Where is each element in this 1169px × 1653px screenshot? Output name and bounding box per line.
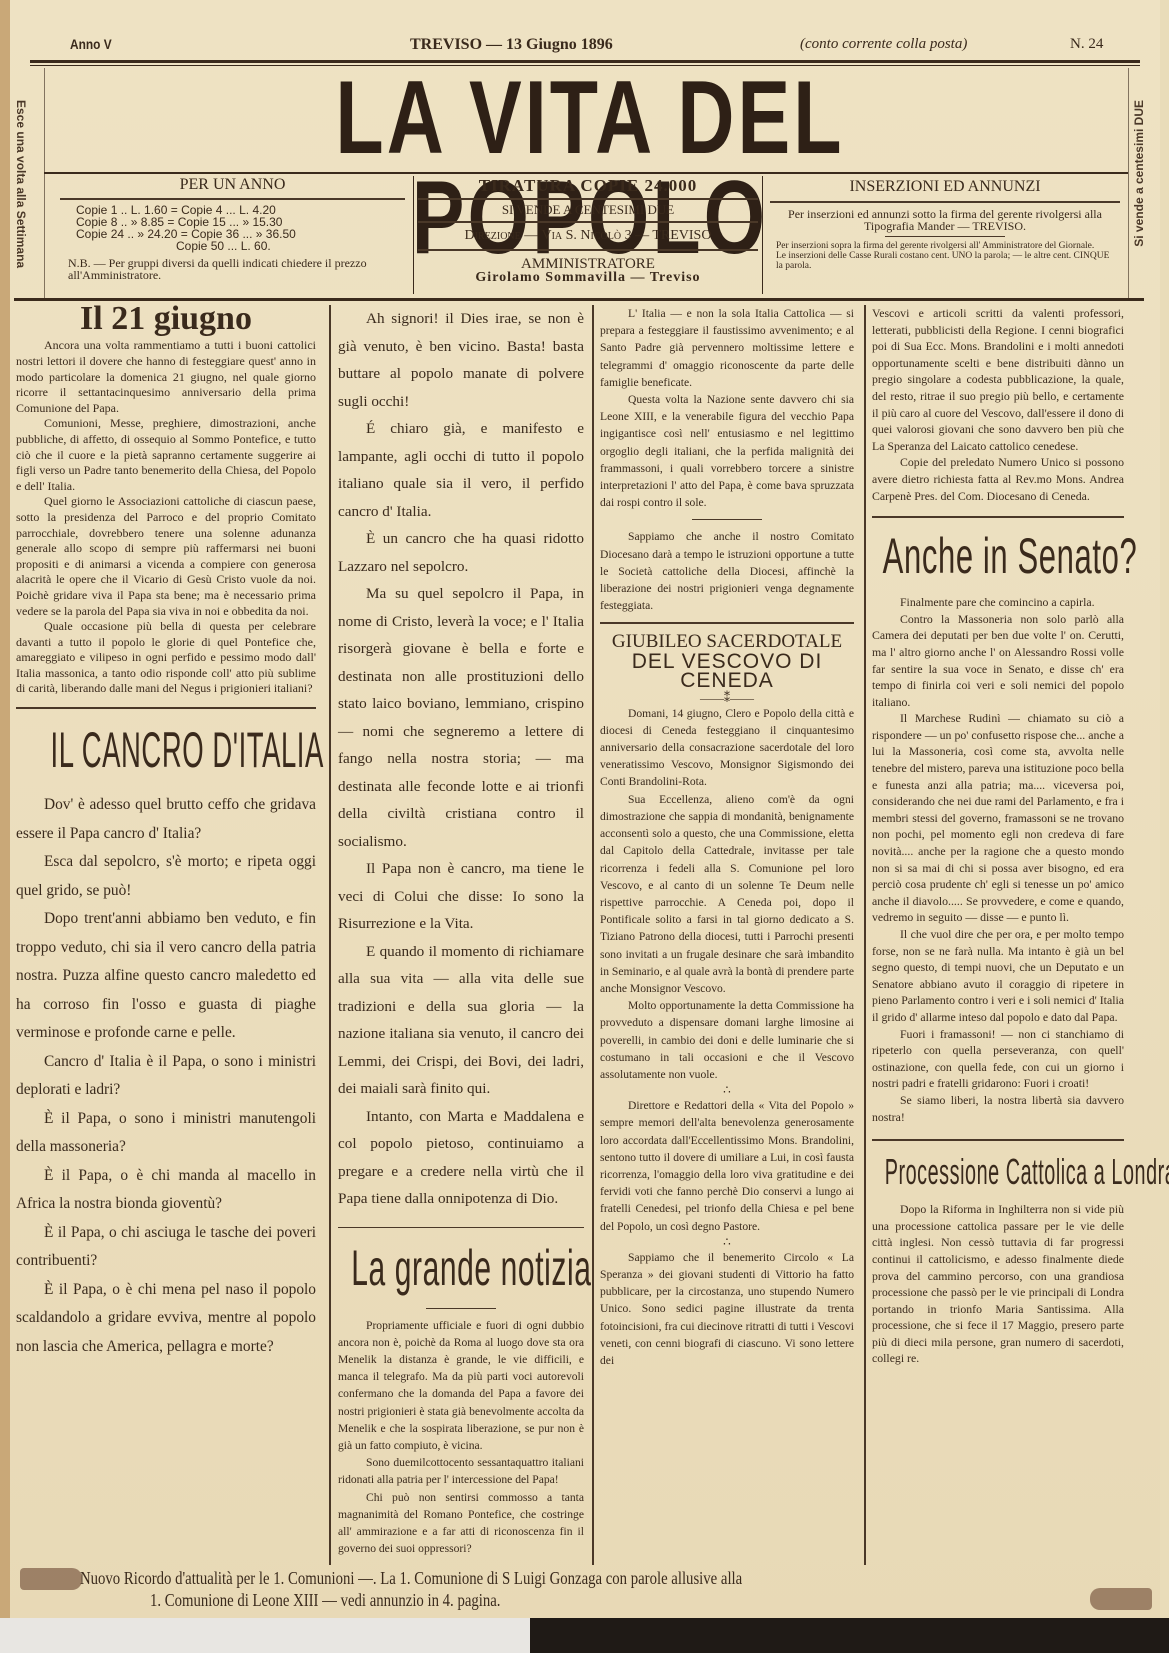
article-divider	[872, 516, 1124, 518]
subscription-box: PER UN ANNO Copie 1 .. L. 1.60 = Copie 4…	[60, 178, 405, 281]
headline-grande-notizia: La grande notizia	[351, 1238, 571, 1298]
paragraph: Vescovi e articoli scritti da valenti pr…	[872, 305, 1124, 454]
circulation-box: TIRATURA COPIE 24.000 SI VENDE A CENTESI…	[418, 176, 758, 285]
paragraph: E quando il momento di richiamare alla s…	[338, 938, 584, 1103]
box-divider	[762, 176, 763, 294]
paragraph: É chiaro già, e manifesto e lampante, ag…	[338, 415, 584, 525]
advertising-terms-3: Le inserzioni delle Casse Rurali costano…	[770, 251, 1120, 271]
paragraph: Molto opportunamente la detta Commission…	[600, 997, 854, 1083]
paragraph: Sono duemilcottocento sessantaquattro it…	[338, 1454, 584, 1488]
divider	[770, 201, 1120, 203]
paragraph: È il Papa, o sono i ministri manutengoli…	[16, 1105, 316, 1162]
column-3: L' Italia — e non la sola Italia Cattoli…	[600, 305, 854, 1369]
column-2: Ah signori! il Dies irae, se non è già v…	[338, 305, 584, 1557]
box-divider	[413, 176, 414, 294]
paragraph: Contro la Massoneria non solo parlò alla…	[872, 611, 1124, 711]
advertising-title: INSERZIONI ED ANNUNZI	[770, 180, 1120, 194]
advertising-terms-2: Per inserzioni sopra la firma del gerent…	[770, 241, 1120, 251]
column-rule	[864, 305, 866, 1565]
pointing-hand-icon	[1090, 1588, 1152, 1610]
issue-number: N. 24	[1070, 36, 1103, 53]
column-rule	[592, 305, 594, 1565]
paragraph: Propriamente ufficiale e fuori di ogni d…	[338, 1317, 584, 1455]
paragraph: Direttore e Redattori della « Vita del P…	[600, 1097, 854, 1235]
headline-giubileo: GIUBILEO SACERDOTALE	[600, 632, 854, 651]
footer-line-1: Nuovo Ricordo d'attualità per le 1. Comu…	[80, 1568, 742, 1588]
subscription-note: N.B. — Per gruppi diversi da quelli indi…	[60, 257, 405, 281]
paragraph: Fuori i framassoni! — non ci stanchiamo …	[872, 1026, 1124, 1092]
paragraph: Questa volta la Nazione sente davvero ch…	[600, 391, 854, 511]
headline-vescovo-ceneda: DEL VESCOVO DI CENEDA	[600, 652, 854, 691]
frame-right	[1128, 68, 1129, 300]
paragraph: Finalmente pare che comincino a capirla.	[872, 594, 1124, 611]
paragraph: L' Italia — e non la sola Italia Cattoli…	[600, 305, 854, 391]
divider	[418, 249, 758, 251]
paragraph: Sua Eccellenza, alieno com'è da ogni dim…	[600, 791, 854, 997]
advertising-box: INSERZIONI ED ANNUNZI Per inserzioni ed …	[770, 180, 1120, 271]
administrator-title: AMMINISTRATORE	[418, 257, 758, 271]
paragraph: Ancora una volta rammentiamo a tutti i b…	[16, 338, 316, 416]
ornament-rule	[692, 519, 762, 520]
ornament-rule	[426, 1308, 496, 1309]
article-divider	[338, 1227, 584, 1228]
paragraph: Se siamo liberi, la nostra libertà sia d…	[872, 1092, 1124, 1125]
editorial-address: Direzione — Via S. Nicolò 3 — TREVISO	[418, 229, 758, 243]
paragraph: È un cancro che ha quasi ridotto Lazzaro…	[338, 525, 584, 580]
divider	[418, 221, 758, 223]
paragraph: Intanto, con Marta e Maddalena e col pop…	[338, 1103, 584, 1213]
paragraph: È il Papa, o chi asciuga le tasche dei p…	[16, 1219, 316, 1276]
paragraph: È il Papa, o è chi manda al macello in A…	[16, 1162, 316, 1219]
headline-cancro-italia: IL CANCRO D'ITALIA	[51, 719, 282, 781]
paragraph: Ma su quel sepolcro il Papa, in nome di …	[338, 580, 584, 855]
article-divider	[600, 622, 854, 624]
postal-note: (conto corrente colla posta)	[800, 36, 967, 53]
headline-21-giugno: Il 21 giugno	[16, 309, 316, 328]
ornament-rule	[885, 236, 1005, 237]
masthead-rule	[44, 172, 1128, 174]
paragraph: È il Papa, o è chi mena pel naso il popo…	[16, 1276, 316, 1362]
price-per-copy: SI VENDE A CENTESIMI DUE	[418, 203, 758, 217]
headline-anche-in-senato: Anche in Senato?	[883, 528, 1114, 584]
subscription-title: PER UN ANNO	[60, 178, 405, 192]
paragraph: Il Marchese Rudinì — chiamato su ciò a r…	[872, 710, 1124, 926]
ornament-icon: ——⁑——	[600, 691, 854, 705]
paragraph: Il Papa non è cancro, ma tiene le veci d…	[338, 855, 584, 938]
paragraph: Chi può non sentirsi commosso a tanta ma…	[338, 1489, 584, 1558]
paragraph: Cancro d' Italia è il Papa, o sono i min…	[16, 1048, 316, 1105]
scan-margin	[0, 1618, 530, 1653]
paragraph: Sappiamo che il benemerito Circolo « La …	[600, 1249, 854, 1369]
paragraph: Comunioni, Messe, preghiere, dimostrazio…	[16, 416, 316, 494]
headline-processione-londra: Processione Cattolica a Londra	[885, 1149, 1112, 1195]
advertising-terms-1: Per inserzioni ed annunzi sotto la firma…	[770, 208, 1120, 232]
paragraph: Il che vuol dire che per ora, e per molt…	[872, 926, 1124, 1026]
volume-label: Anno V	[70, 36, 112, 52]
paragraph: Quale occasione più bella di questa per …	[16, 619, 316, 697]
asterism-icon: ∴	[600, 1235, 854, 1249]
article-divider	[872, 1139, 1124, 1141]
asterism-icon: ∴	[600, 1083, 854, 1097]
column-1: Il 21 giugno Ancora una volta rammentiam…	[16, 305, 316, 1361]
pointing-hand-icon	[20, 1568, 82, 1590]
paragraph: Domani, 14 giugno, Clero e Popolo della …	[600, 705, 854, 791]
paragraph: Copie del preledato Numero Unico si poss…	[872, 454, 1124, 504]
circulation-figure: TIRATURA COPIE 24.000	[418, 176, 758, 196]
side-note-right: Si vende a centesimi DUE	[1132, 100, 1146, 247]
frame-left	[44, 68, 45, 300]
price-row: Copie 50 ... L. 60.	[76, 240, 405, 252]
column-4: Vescovi e articoli scritti da valenti pr…	[872, 305, 1124, 1367]
scan-border	[0, 1618, 1169, 1653]
side-note-left: Esce una volta alla Settimana	[14, 100, 28, 268]
price-list: Copie 1 .. L. 1.60 = Copie 4 ... L. 4.20…	[60, 204, 405, 252]
paragraph: Ah signori! il Dies irae, se non è già v…	[338, 305, 584, 415]
paragraph: Dopo trent'anni abbiamo ben veduto, e fi…	[16, 905, 316, 1048]
divider	[418, 198, 758, 200]
paragraph: Quel giorno le Associazioni cattoliche d…	[16, 494, 316, 619]
paragraph: Sappiamo che anche il nostro Comitato Di…	[600, 528, 854, 614]
dateline: TREVISO — 13 Giugno 1896	[410, 36, 613, 54]
column-rule	[329, 305, 331, 1565]
article-divider	[16, 707, 316, 709]
administrator-name: Girolamo Sommavilla — Treviso	[418, 271, 758, 285]
paragraph: Dov' è adesso quel brutto ceffo che grid…	[16, 791, 316, 848]
divider	[60, 198, 405, 200]
footer-line-2: 1. Comunione di Leone XIII — vedi annunz…	[150, 1590, 500, 1610]
paragraph: Dopo la Riforma in Inghilterra non si vi…	[872, 1201, 1124, 1367]
paragraph: Esca dal sepolcro, s'è morto; e ripeta o…	[16, 848, 316, 905]
